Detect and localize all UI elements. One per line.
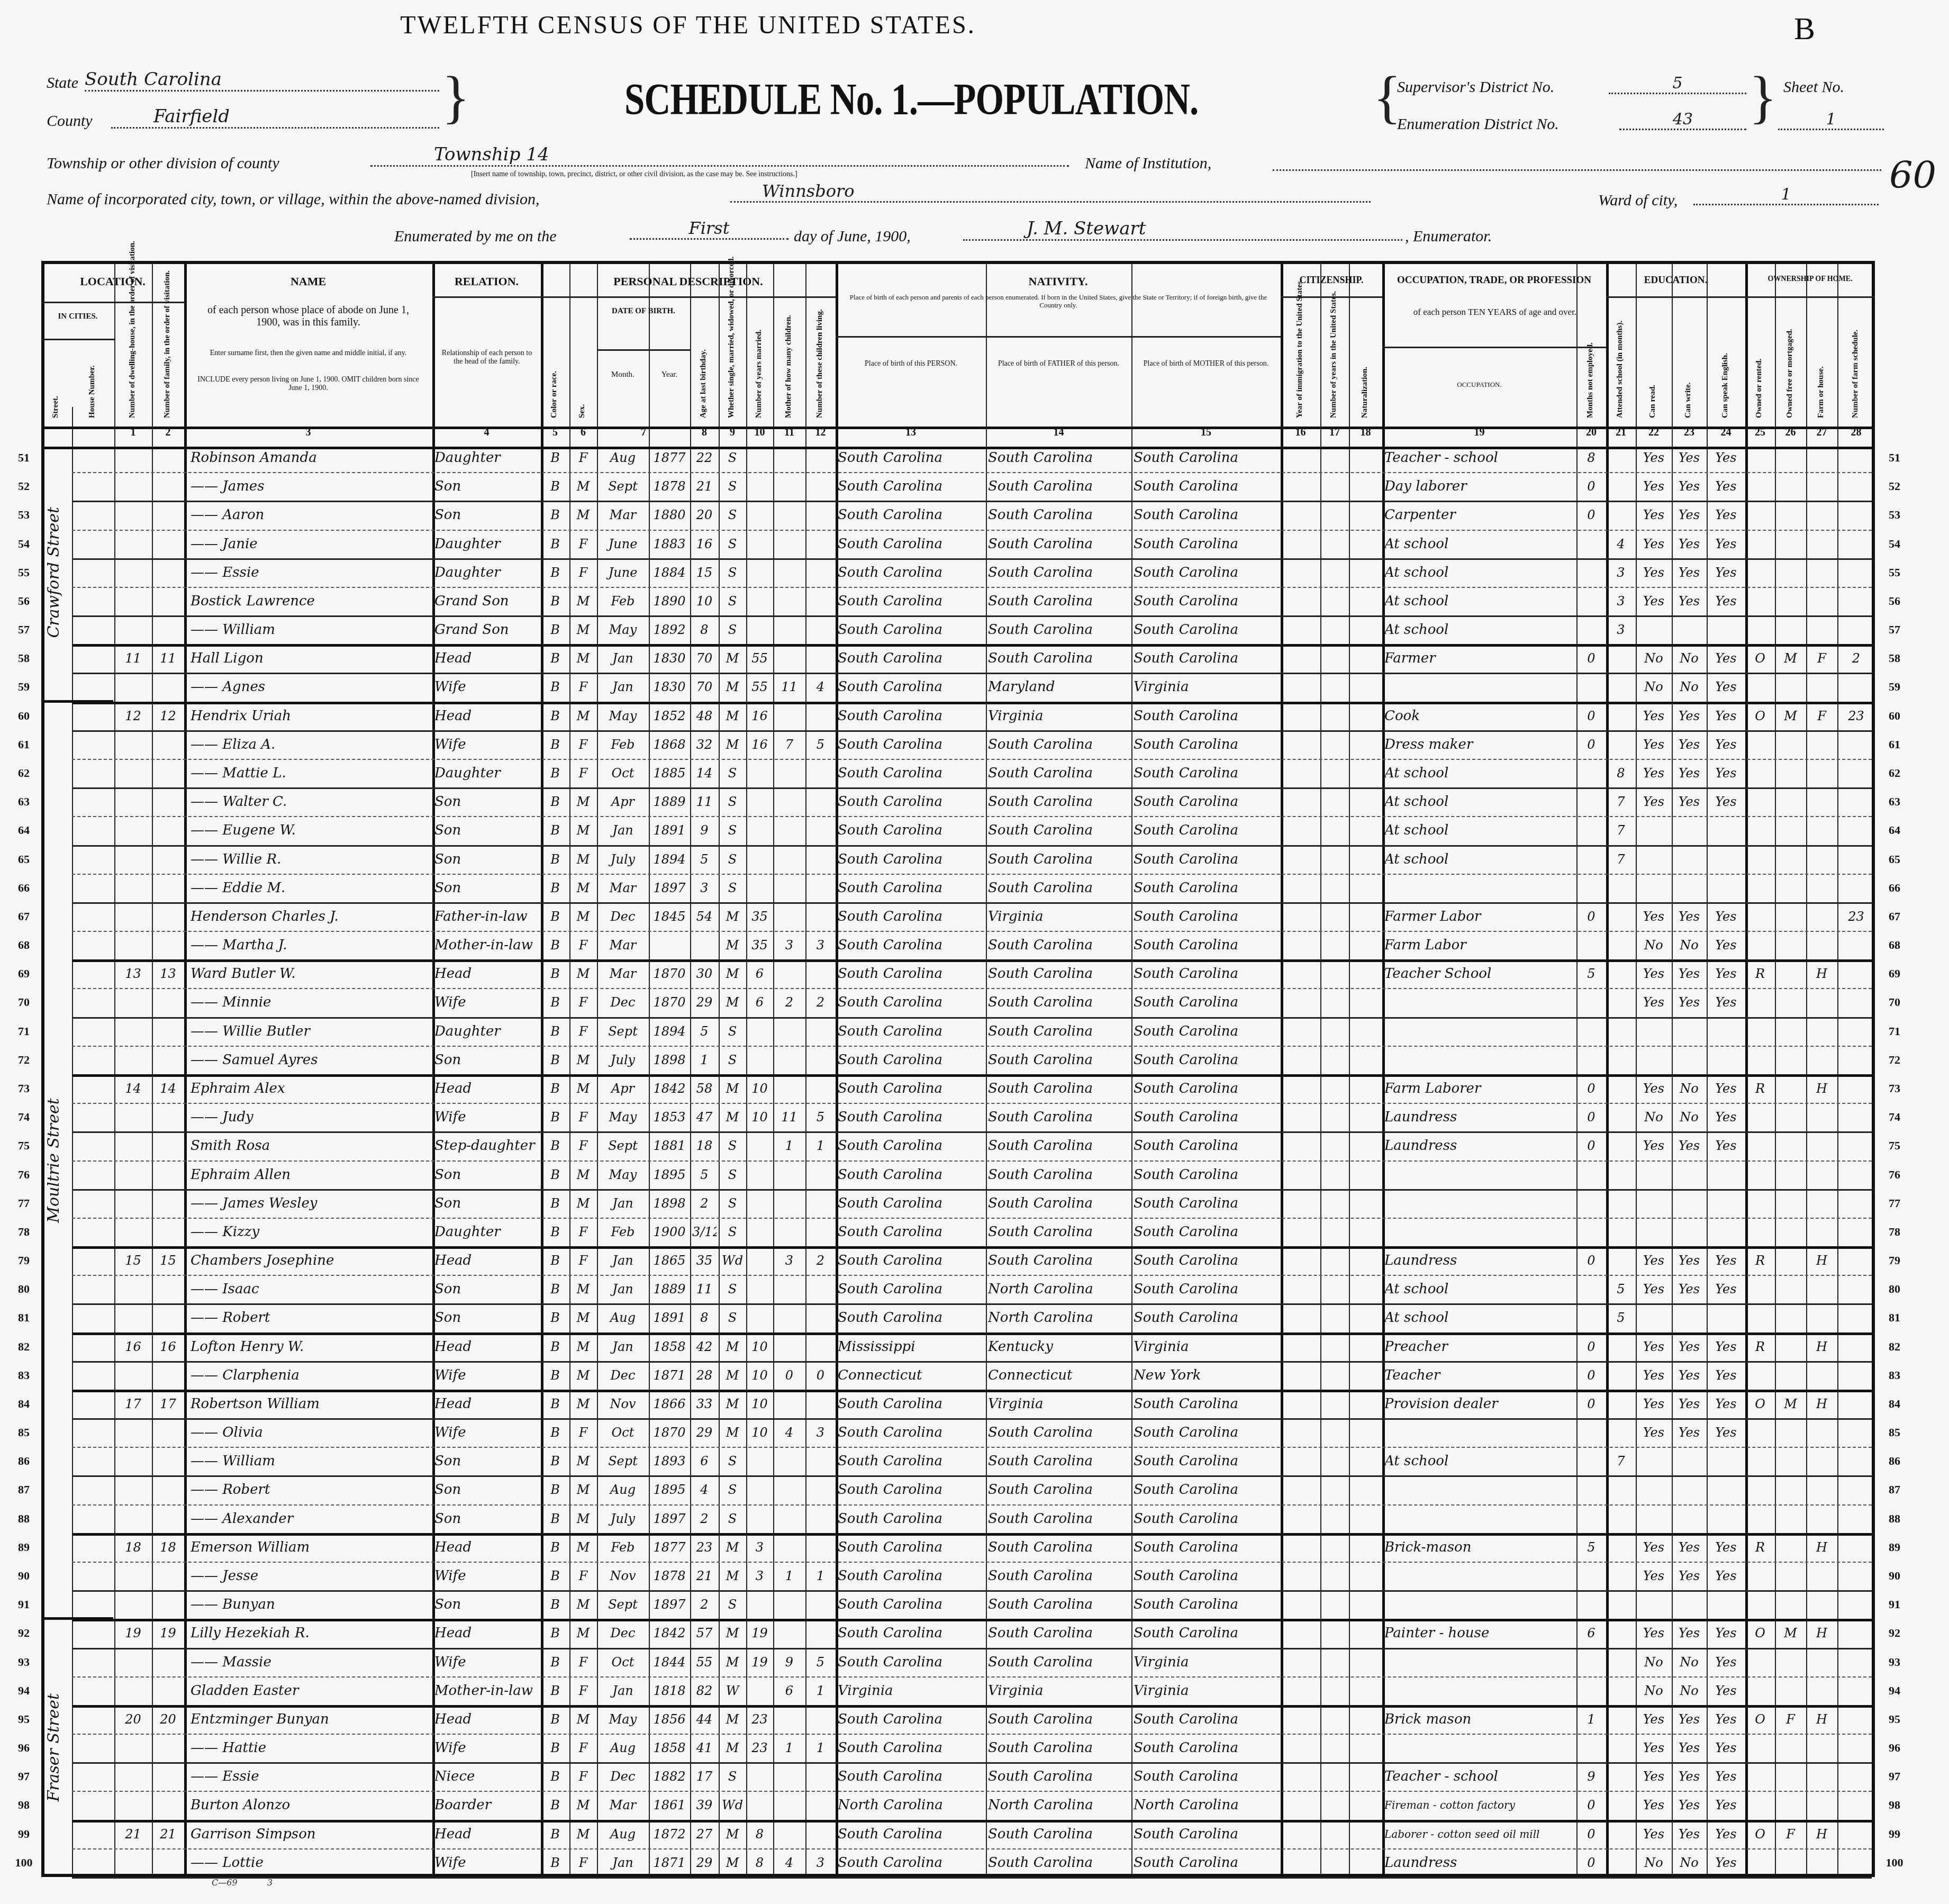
can-speak-english[interactable] — [1709, 845, 1743, 874]
attended-school[interactable] — [1608, 501, 1634, 529]
father-birthplace[interactable]: South Carolina — [988, 1533, 1129, 1562]
years-married[interactable]: 3 — [748, 1533, 771, 1562]
dwelling-number[interactable] — [116, 759, 150, 787]
person-name[interactable]: —— Bunyan — [191, 1590, 430, 1619]
color[interactable]: B — [543, 1791, 567, 1819]
can-read[interactable]: Yes — [1638, 730, 1670, 759]
children-living[interactable] — [808, 759, 833, 787]
owned-rented[interactable] — [1747, 1848, 1773, 1877]
person-name[interactable]: —— Willie R. — [191, 845, 430, 874]
relation[interactable]: Daughter — [434, 1218, 539, 1246]
farm-schedule[interactable] — [1839, 988, 1873, 1017]
children-living[interactable]: 0 — [808, 1361, 833, 1390]
attended-school[interactable] — [1608, 1762, 1634, 1791]
farm-schedule[interactable] — [1839, 1820, 1873, 1848]
can-write[interactable]: Yes — [1674, 902, 1705, 931]
person-name[interactable]: —— Aaron — [191, 501, 430, 529]
birth-month[interactable]: Sept — [599, 1131, 647, 1160]
free-mortgaged[interactable] — [1777, 959, 1804, 988]
years-married[interactable] — [748, 874, 771, 902]
free-mortgaged[interactable] — [1777, 1648, 1804, 1676]
years-married[interactable] — [748, 1046, 771, 1074]
marital-status[interactable]: M — [721, 1562, 744, 1590]
children-living[interactable] — [808, 1275, 833, 1303]
mother-of[interactable] — [775, 501, 803, 529]
marital-status[interactable]: M — [721, 959, 744, 988]
mother-birthplace[interactable]: South Carolina — [1134, 1619, 1279, 1647]
birthplace[interactable]: South Carolina — [838, 673, 984, 701]
mother-of[interactable]: 2 — [775, 988, 803, 1017]
sex[interactable]: F — [572, 759, 595, 787]
can-read[interactable]: Yes — [1638, 702, 1670, 730]
age[interactable]: 21 — [692, 472, 717, 501]
owned-rented[interactable]: O — [1747, 1619, 1773, 1647]
birthplace[interactable]: Connecticut — [838, 1361, 984, 1390]
occupation[interactable]: Teacher — [1384, 1361, 1574, 1390]
relation[interactable]: Son — [434, 816, 539, 845]
can-read[interactable]: No — [1638, 644, 1670, 673]
farm-house[interactable] — [1808, 931, 1835, 959]
mother-birthplace[interactable]: South Carolina — [1134, 787, 1279, 816]
relation[interactable]: Head — [434, 644, 539, 673]
birth-year[interactable]: 1830 — [651, 644, 688, 673]
relation[interactable]: Son — [434, 787, 539, 816]
sex[interactable]: M — [572, 501, 595, 529]
occupation[interactable] — [1384, 1418, 1574, 1447]
occupation[interactable]: Preacher — [1384, 1332, 1574, 1361]
can-speak-english[interactable] — [1709, 615, 1743, 644]
occupation[interactable]: Fireman - cotton factory — [1384, 1791, 1574, 1819]
father-birthplace[interactable]: North Carolina — [988, 1791, 1129, 1819]
person-name[interactable]: —— William — [191, 1447, 430, 1475]
person-name[interactable]: —— Minnie — [191, 988, 430, 1017]
dwelling-number[interactable] — [116, 615, 150, 644]
can-speak-english[interactable] — [1709, 1447, 1743, 1475]
mother-birthplace[interactable]: South Carolina — [1134, 874, 1279, 902]
farm-schedule[interactable] — [1839, 845, 1873, 874]
birthplace[interactable]: South Carolina — [838, 587, 984, 615]
children-living[interactable] — [808, 1046, 833, 1074]
birth-month[interactable]: Dec — [599, 1762, 647, 1791]
marital-status[interactable]: M — [721, 673, 744, 701]
owned-rented[interactable] — [1747, 1275, 1773, 1303]
birth-year[interactable]: 1881 — [651, 1131, 688, 1160]
attended-school[interactable] — [1608, 1017, 1634, 1046]
dwelling-number[interactable] — [116, 472, 150, 501]
birthplace[interactable]: South Carolina — [838, 702, 984, 730]
can-write[interactable]: Yes — [1674, 530, 1705, 558]
months-unemployed[interactable] — [1579, 1648, 1604, 1676]
age[interactable]: 8 — [692, 615, 717, 644]
birthplace[interactable]: South Carolina — [838, 1303, 984, 1332]
dwelling-number[interactable] — [116, 1160, 150, 1189]
occupation[interactable]: At school — [1384, 530, 1574, 558]
mother-birthplace[interactable]: South Carolina — [1134, 759, 1279, 787]
children-living[interactable] — [808, 443, 833, 472]
family-number[interactable] — [154, 530, 182, 558]
free-mortgaged[interactable] — [1777, 1275, 1804, 1303]
owned-rented[interactable] — [1747, 845, 1773, 874]
can-speak-english[interactable] — [1709, 1303, 1743, 1332]
farm-schedule[interactable] — [1839, 959, 1873, 988]
can-speak-english[interactable] — [1709, 1504, 1743, 1533]
birth-month[interactable]: Oct — [599, 759, 647, 787]
years-married[interactable] — [748, 530, 771, 558]
months-unemployed[interactable] — [1579, 1017, 1604, 1046]
birth-month[interactable]: Aug — [599, 1303, 647, 1332]
mother-of[interactable] — [775, 644, 803, 673]
mother-birthplace[interactable]: South Carolina — [1134, 730, 1279, 759]
can-read[interactable]: Yes — [1638, 1533, 1670, 1562]
owned-rented[interactable] — [1747, 530, 1773, 558]
occupation[interactable]: At school — [1384, 787, 1574, 816]
free-mortgaged[interactable] — [1777, 443, 1804, 472]
attended-school[interactable] — [1608, 472, 1634, 501]
attended-school[interactable]: 5 — [1608, 1275, 1634, 1303]
birthplace[interactable]: South Carolina — [838, 644, 984, 673]
occupation[interactable] — [1384, 1648, 1574, 1676]
years-married[interactable]: 10 — [748, 1332, 771, 1361]
free-mortgaged[interactable] — [1777, 931, 1804, 959]
free-mortgaged[interactable] — [1777, 1332, 1804, 1361]
person-name[interactable]: —— Alexander — [191, 1504, 430, 1533]
attended-school[interactable] — [1608, 1820, 1634, 1848]
mother-of[interactable] — [775, 759, 803, 787]
can-write[interactable] — [1674, 816, 1705, 845]
dwelling-number[interactable] — [116, 1303, 150, 1332]
can-write[interactable]: Yes — [1674, 1762, 1705, 1791]
color[interactable]: B — [543, 1848, 567, 1877]
birthplace[interactable]: South Carolina — [838, 615, 984, 644]
family-number[interactable]: 20 — [154, 1705, 182, 1734]
mother-of[interactable] — [775, 1218, 803, 1246]
years-married[interactable]: 19 — [748, 1619, 771, 1647]
farm-house[interactable] — [1808, 730, 1835, 759]
father-birthplace[interactable]: Maryland — [988, 673, 1129, 701]
relation[interactable]: Son — [434, 472, 539, 501]
person-name[interactable]: Robinson Amanda — [191, 443, 430, 472]
birth-month[interactable]: Sept — [599, 1017, 647, 1046]
months-unemployed[interactable]: 0 — [1579, 1848, 1604, 1877]
attended-school[interactable]: 7 — [1608, 1447, 1634, 1475]
birth-month[interactable]: May — [599, 1160, 647, 1189]
color[interactable]: B — [543, 1705, 567, 1734]
relation[interactable]: Wife — [434, 1848, 539, 1877]
free-mortgaged[interactable] — [1777, 1303, 1804, 1332]
birth-year[interactable]: 1895 — [651, 1160, 688, 1189]
years-married[interactable] — [748, 1447, 771, 1475]
farm-house[interactable] — [1808, 501, 1835, 529]
mother-birthplace[interactable]: South Carolina — [1134, 1390, 1279, 1418]
birthplace[interactable]: South Carolina — [838, 1619, 984, 1647]
years-married[interactable] — [748, 1275, 771, 1303]
birth-month[interactable]: July — [599, 845, 647, 874]
age[interactable]: 9 — [692, 816, 717, 845]
mother-birthplace[interactable]: South Carolina — [1134, 902, 1279, 931]
sex[interactable]: F — [572, 1218, 595, 1246]
birthplace[interactable]: South Carolina — [838, 1590, 984, 1619]
color[interactable]: B — [543, 472, 567, 501]
years-married[interactable] — [748, 1017, 771, 1046]
marital-status[interactable]: S — [721, 1218, 744, 1246]
father-birthplace[interactable]: South Carolina — [988, 1218, 1129, 1246]
farm-house[interactable] — [1808, 1676, 1835, 1705]
birth-month[interactable]: Sept — [599, 472, 647, 501]
owned-rented[interactable] — [1747, 1648, 1773, 1676]
age[interactable]: 14 — [692, 759, 717, 787]
sex[interactable]: M — [572, 1361, 595, 1390]
attended-school[interactable] — [1608, 1074, 1634, 1103]
mother-of[interactable] — [775, 1303, 803, 1332]
can-read[interactable]: No — [1638, 1676, 1670, 1705]
farm-schedule[interactable] — [1839, 1303, 1873, 1332]
birth-year[interactable]: 1858 — [651, 1734, 688, 1762]
birth-year[interactable]: 1882 — [651, 1762, 688, 1791]
attended-school[interactable] — [1608, 673, 1634, 701]
farm-schedule[interactable] — [1839, 1791, 1873, 1819]
owned-rented[interactable] — [1747, 443, 1773, 472]
farm-house[interactable] — [1808, 874, 1835, 902]
can-speak-english[interactable]: Yes — [1709, 501, 1743, 529]
mother-of[interactable] — [775, 530, 803, 558]
attended-school[interactable] — [1608, 1160, 1634, 1189]
relation[interactable]: Father-in-law — [434, 902, 539, 931]
can-write[interactable]: Yes — [1674, 702, 1705, 730]
can-write[interactable]: Yes — [1674, 1390, 1705, 1418]
color[interactable]: B — [543, 443, 567, 472]
family-number[interactable] — [154, 874, 182, 902]
can-write[interactable] — [1674, 615, 1705, 644]
father-birthplace[interactable]: South Carolina — [988, 1504, 1129, 1533]
person-name[interactable]: Burton Alonzo — [191, 1791, 430, 1819]
children-living[interactable] — [808, 1504, 833, 1533]
age[interactable]: 5 — [692, 845, 717, 874]
age[interactable]: 32 — [692, 730, 717, 759]
dwelling-number[interactable]: 11 — [116, 644, 150, 673]
sex[interactable]: M — [572, 845, 595, 874]
birth-month[interactable]: Jan — [599, 1275, 647, 1303]
color[interactable]: B — [543, 1619, 567, 1647]
years-married[interactable] — [748, 1131, 771, 1160]
marital-status[interactable]: M — [721, 1648, 744, 1676]
birth-month[interactable]: Oct — [599, 1648, 647, 1676]
birthplace[interactable]: South Carolina — [838, 443, 984, 472]
farm-house[interactable] — [1808, 1791, 1835, 1819]
can-write[interactable]: Yes — [1674, 759, 1705, 787]
can-write[interactable] — [1674, 1218, 1705, 1246]
color[interactable]: B — [543, 1189, 567, 1218]
sex[interactable]: M — [572, 1504, 595, 1533]
father-birthplace[interactable]: Virginia — [988, 902, 1129, 931]
occupation[interactable] — [1384, 1046, 1574, 1074]
family-number[interactable] — [154, 587, 182, 615]
children-living[interactable] — [808, 845, 833, 874]
sex[interactable]: F — [572, 1648, 595, 1676]
can-speak-english[interactable]: Yes — [1709, 472, 1743, 501]
birth-year[interactable]: 1842 — [651, 1074, 688, 1103]
dwelling-number[interactable]: 20 — [116, 1705, 150, 1734]
sex[interactable]: M — [572, 902, 595, 931]
can-read[interactable]: No — [1638, 1848, 1670, 1877]
owned-rented[interactable] — [1747, 615, 1773, 644]
marital-status[interactable]: S — [721, 1131, 744, 1160]
children-living[interactable] — [808, 1475, 833, 1504]
owned-rented[interactable]: O — [1747, 1705, 1773, 1734]
age[interactable]: 16 — [692, 530, 717, 558]
birth-month[interactable]: Nov — [599, 1390, 647, 1418]
birthplace[interactable]: South Carolina — [838, 787, 984, 816]
birth-year[interactable]: 1895 — [651, 1475, 688, 1504]
farm-house[interactable] — [1808, 673, 1835, 701]
owned-rented[interactable]: R — [1747, 1332, 1773, 1361]
family-number[interactable] — [154, 472, 182, 501]
age[interactable]: 11 — [692, 787, 717, 816]
sex[interactable]: M — [572, 1475, 595, 1504]
relation[interactable]: Son — [434, 1590, 539, 1619]
farm-house[interactable] — [1808, 443, 1835, 472]
owned-rented[interactable] — [1747, 1160, 1773, 1189]
color[interactable]: B — [543, 702, 567, 730]
farm-schedule[interactable] — [1839, 759, 1873, 787]
birthplace[interactable]: South Carolina — [838, 1848, 984, 1877]
birth-month[interactable]: Aug — [599, 1734, 647, 1762]
months-unemployed[interactable] — [1579, 1303, 1604, 1332]
children-living[interactable]: 5 — [808, 1648, 833, 1676]
age[interactable]: 55 — [692, 1648, 717, 1676]
can-write[interactable]: Yes — [1674, 988, 1705, 1017]
family-number[interactable]: 13 — [154, 959, 182, 988]
age[interactable]: 22 — [692, 443, 717, 472]
children-living[interactable] — [808, 1218, 833, 1246]
children-living[interactable] — [808, 1590, 833, 1619]
children-living[interactable] — [808, 530, 833, 558]
sex[interactable]: F — [572, 1562, 595, 1590]
mother-of[interactable] — [775, 1533, 803, 1562]
person-name[interactable]: Gladden Easter — [191, 1676, 430, 1705]
marital-status[interactable]: M — [721, 1619, 744, 1647]
owned-rented[interactable]: R — [1747, 1533, 1773, 1562]
mother-birthplace[interactable]: South Carolina — [1134, 1275, 1279, 1303]
mother-of[interactable] — [775, 1074, 803, 1103]
relation[interactable]: Son — [434, 501, 539, 529]
birth-year[interactable]: 1856 — [651, 1705, 688, 1734]
months-unemployed[interactable]: 0 — [1579, 501, 1604, 529]
attended-school[interactable] — [1608, 902, 1634, 931]
person-name[interactable]: —— Massie — [191, 1648, 430, 1676]
dwelling-number[interactable]: 14 — [116, 1074, 150, 1103]
can-write[interactable]: No — [1674, 1676, 1705, 1705]
occupation[interactable] — [1384, 1504, 1574, 1533]
father-birthplace[interactable]: South Carolina — [988, 874, 1129, 902]
person-name[interactable]: Hendrix Uriah — [191, 702, 430, 730]
mother-of[interactable] — [775, 1447, 803, 1475]
age[interactable]: 54 — [692, 902, 717, 931]
children-living[interactable]: 5 — [808, 730, 833, 759]
owned-rented[interactable] — [1747, 1361, 1773, 1390]
color[interactable]: B — [543, 1447, 567, 1475]
birth-month[interactable]: Dec — [599, 1619, 647, 1647]
children-living[interactable] — [808, 1533, 833, 1562]
dwelling-number[interactable] — [116, 1189, 150, 1218]
mother-birthplace[interactable]: South Carolina — [1134, 1447, 1279, 1475]
attended-school[interactable]: 3 — [1608, 615, 1634, 644]
birth-year[interactable]: 1871 — [651, 1848, 688, 1877]
farm-house[interactable] — [1808, 1218, 1835, 1246]
free-mortgaged[interactable] — [1777, 501, 1804, 529]
can-write[interactable]: No — [1674, 1648, 1705, 1676]
attended-school[interactable]: 4 — [1608, 530, 1634, 558]
can-read[interactable] — [1638, 1218, 1670, 1246]
age[interactable]: 44 — [692, 1705, 717, 1734]
can-write[interactable]: Yes — [1674, 1533, 1705, 1562]
dwelling-number[interactable] — [116, 1590, 150, 1619]
color[interactable]: B — [543, 874, 567, 902]
mother-birthplace[interactable]: South Carolina — [1134, 615, 1279, 644]
marital-status[interactable]: S — [721, 845, 744, 874]
relation[interactable]: Wife — [434, 673, 539, 701]
birthplace[interactable]: North Carolina — [838, 1791, 984, 1819]
mother-birthplace[interactable]: South Carolina — [1134, 1762, 1279, 1791]
family-number[interactable] — [154, 1017, 182, 1046]
color[interactable]: B — [543, 1418, 567, 1447]
months-unemployed[interactable] — [1579, 759, 1604, 787]
birth-year[interactable]: 1898 — [651, 1046, 688, 1074]
can-speak-english[interactable]: Yes — [1709, 1762, 1743, 1791]
can-write[interactable] — [1674, 1046, 1705, 1074]
can-speak-english[interactable] — [1709, 1218, 1743, 1246]
can-speak-english[interactable]: Yes — [1709, 1533, 1743, 1562]
person-name[interactable]: Emerson William — [191, 1533, 430, 1562]
color[interactable]: B — [543, 988, 567, 1017]
mother-birthplace[interactable]: Virginia — [1134, 1676, 1279, 1705]
can-write[interactable]: Yes — [1674, 587, 1705, 615]
family-number[interactable] — [154, 1275, 182, 1303]
can-speak-english[interactable] — [1709, 816, 1743, 845]
mother-birthplace[interactable]: South Carolina — [1134, 1590, 1279, 1619]
mother-birthplace[interactable]: South Carolina — [1134, 587, 1279, 615]
age[interactable]: 30 — [692, 959, 717, 988]
relation[interactable]: Head — [434, 702, 539, 730]
person-name[interactable]: Lofton Henry W. — [191, 1332, 430, 1361]
family-number[interactable] — [154, 1418, 182, 1447]
farm-schedule[interactable] — [1839, 1447, 1873, 1475]
years-married[interactable]: 8 — [748, 1820, 771, 1848]
father-birthplace[interactable]: South Carolina — [988, 1131, 1129, 1160]
free-mortgaged[interactable] — [1777, 1447, 1804, 1475]
marital-status[interactable]: S — [721, 1160, 744, 1189]
owned-rented[interactable] — [1747, 1103, 1773, 1131]
relation[interactable]: Head — [434, 1533, 539, 1562]
years-married[interactable]: 23 — [748, 1705, 771, 1734]
dwelling-number[interactable] — [116, 1848, 150, 1877]
person-name[interactable]: —— Robert — [191, 1475, 430, 1504]
person-name[interactable]: —— Eliza A. — [191, 730, 430, 759]
birth-year[interactable]: 1877 — [651, 1533, 688, 1562]
farm-schedule[interactable] — [1839, 1676, 1873, 1705]
years-married[interactable]: 10 — [748, 1361, 771, 1390]
birthplace[interactable]: South Carolina — [838, 874, 984, 902]
birthplace[interactable]: South Carolina — [838, 816, 984, 845]
birthplace[interactable]: South Carolina — [838, 1218, 984, 1246]
marital-status[interactable]: S — [721, 615, 744, 644]
free-mortgaged[interactable] — [1777, 1160, 1804, 1189]
owned-rented[interactable]: O — [1747, 1390, 1773, 1418]
occupation[interactable]: Farmer Labor — [1384, 902, 1574, 931]
can-write[interactable]: Yes — [1674, 1361, 1705, 1390]
mother-birthplace[interactable]: South Carolina — [1134, 988, 1279, 1017]
birth-year[interactable]: 1897 — [651, 1504, 688, 1533]
attended-school[interactable] — [1608, 1676, 1634, 1705]
